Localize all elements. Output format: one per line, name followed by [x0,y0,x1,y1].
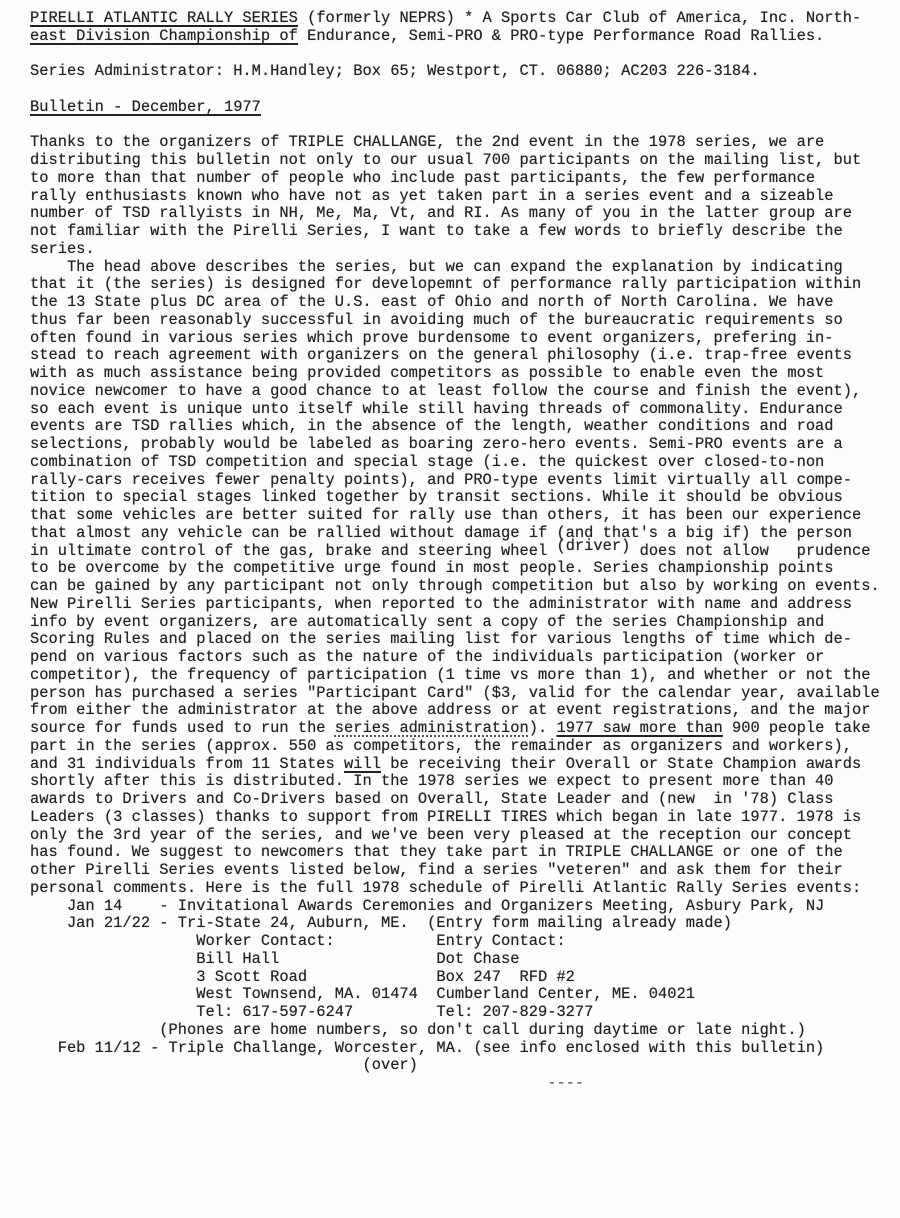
text-segment: from either the administrator at the abo… [30,701,870,719]
paragraph-line: part in the series (approx. 550 as compe… [30,738,880,756]
text-segment: New Pirelli Series participants, when re… [30,595,852,613]
text-segment: that some vehicles are better suited for… [30,506,861,524]
text-segment: personal comments. Here is the full 1978… [30,879,861,897]
text-segment: 900 people take [723,719,871,737]
text-segment: awards to Drivers and Co-Drivers based o… [30,790,834,808]
text-segment: stead to reach agreement with organizers… [30,346,852,364]
text-segment: Endurance, Semi-PRO & PRO-type Performan… [298,27,824,45]
paragraph-line: and 31 individuals from 11 States will b… [30,756,880,774]
paragraph-line: not familiar with the Pirelli Series, I … [30,223,880,241]
title-line-2: east Division Championship of Endurance,… [30,28,880,46]
text-segment: competitor), the frequency of participat… [30,666,870,684]
text-segment: info by event organizers, are automatica… [30,613,824,631]
paragraph-line: stead to reach agreement with organizers… [30,347,880,365]
paragraph-line: info by event organizers, are automatica… [30,614,880,632]
paragraph-line: person has purchased a series "Participa… [30,685,880,703]
text-segment: other Pirelli Series events listed below… [30,861,843,879]
paragraph-line: Scoring Rules and placed on the series m… [30,631,880,649]
paragraph-line: often found in various series which prov… [30,330,880,348]
text-segment: events are TSD rallies which, in the abs… [30,417,834,435]
paragraph-line: in ultimate control of the gas, brake an… [30,543,880,561]
text-segment: The head above describes the series, but… [30,258,843,276]
paragraph-line: to be overcome by the competitive urge f… [30,560,880,578]
text-segment: rally-cars receives fewer penalty points… [30,471,852,489]
text-segment: so each event is unique unto itself whil… [30,400,843,418]
underlined-text: Bulletin - December, 1977 [30,98,261,116]
paragraph-line: distributing this bulletin not only to o… [30,152,880,170]
text-segment: shortly after this is distributed. In th… [30,772,834,790]
contact-city-line: West Townsend, MA. 01474 Cumberland Cent… [30,986,880,1004]
paragraph-line: the 13 State plus DC area of the U.S. ea… [30,294,880,312]
underlined-text: will [344,755,381,773]
text-segment: that almost any vehicle can be rallied w… [30,524,852,542]
paragraph-line: competitor), the frequency of participat… [30,667,880,685]
text-segment: rally enthusiasts known who have not as … [30,187,834,205]
text-segment: tition to special stages linked together… [30,488,843,506]
paragraph-line: Leaders (3 classes) thanks to support fr… [30,809,880,827]
paragraph-line: source for funds used to run the series … [30,720,880,738]
phones-note-line: (Phones are home numbers, so don't call … [30,1022,880,1040]
contact-phone-line: Tel: 617-597-6247 Tel: 207-829-3277 [30,1004,880,1022]
text-segment: has found. We suggest to newcomers that … [30,843,843,861]
typewritten-bulletin-page: PIRELLI ATLANTIC RALLY SERIES (formerly … [0,0,900,1218]
pen-mark-line: ---- [30,1075,880,1093]
text-segment: only the 3rd year of the series, and we'… [30,826,852,844]
text-segment: Leaders (3 classes) thanks to support fr… [30,808,861,826]
document-lines: PIRELLI ATLANTIC RALLY SERIES (formerly … [30,10,880,1093]
text-segment: novice newcomer to have a good chance to… [30,382,861,400]
paragraph-line: thus far been reasonably successful in a… [30,312,880,330]
paragraph-line: tition to special stages linked together… [30,489,880,507]
text-segment: ). [529,719,557,737]
text-segment: number of TSD rallyists in NH, Me, Ma, V… [30,204,852,222]
paragraph-line: so each event is unique unto itself whil… [30,401,880,419]
underlined-text: 1977 saw more than [556,719,722,737]
paragraph-line: only the 3rd year of the series, and we'… [30,827,880,845]
text-segment: and 31 individuals from 11 States [30,755,344,773]
text-segment: (Phones are home numbers, so don't call … [30,1021,806,1039]
text-segment: Jan 21/22 - Tri-State 24, Auburn, ME. (E… [30,914,732,932]
paragraph-line: that almost any vehicle can be rallied w… [30,525,880,543]
text-segment [30,1074,547,1092]
blank-line [30,117,880,135]
text-segment: be receiving their Overall or State Cham… [381,755,861,773]
paragraph-line: awards to Drivers and Co-Drivers based o… [30,791,880,809]
text-segment: thus far been reasonably successful in a… [30,311,843,329]
text-segment: can be gained by any participant not onl… [30,577,880,595]
paragraph-line: selections, probably would be labeled as… [30,436,880,454]
blank-line [30,81,880,99]
paragraph-line: personal comments. Here is the full 1978… [30,880,880,898]
text-segment: that it (the series) is designed for dev… [30,275,861,293]
text-segment: person has purchased a series "Participa… [30,684,880,702]
underlined-text: east Division Championship of [30,27,298,45]
text-segment: to more than that number of people who i… [30,169,815,187]
paragraph-line: with as much assistance being provided c… [30,365,880,383]
text-segment: to be overcome by the competitive urge f… [30,559,834,577]
blank-line [30,46,880,64]
text-segment: Tel: 617-597-6247 Tel: 207-829-3277 [30,1003,593,1021]
text-segment: the 13 State plus DC area of the U.S. ea… [30,293,834,311]
paragraph-line: Thanks to the organizers of TRIPLE CHALL… [30,134,880,152]
pen-mark: ---- [547,1074,584,1092]
text-segment: part in the series (approx. 550 as compe… [30,737,852,755]
contact-street-line: 3 Scott Road Box 247 RFD #2 [30,969,880,987]
schedule-jan2122-line: Jan 21/22 - Tri-State 24, Auburn, ME. (E… [30,915,880,933]
paragraph-line: has found. We suggest to newcomers that … [30,844,880,862]
contact-name-line: Bill Hall Dot Chase [30,951,880,969]
paragraph-line: rally-cars receives fewer penalty points… [30,472,880,490]
text-segment: selections, probably would be labeled as… [30,435,843,453]
paragraph-line: to more than that number of people who i… [30,170,880,188]
paragraph-line: from either the administrator at the abo… [30,702,880,720]
paragraph-line: combination of TSD competition and speci… [30,454,880,472]
schedule-feb1112-line: Feb 11/12 - Triple Challange, Worcester,… [30,1040,880,1058]
schedule-jan14-line: Jan 14 - Invitational Awards Ceremonies … [30,898,880,916]
text-segment: West Townsend, MA. 01474 Cumberland Cent… [30,985,695,1003]
paragraph-line: rally enthusiasts known who have not as … [30,188,880,206]
contact-header-line: Worker Contact: Entry Contact: [30,933,880,951]
paragraph-line: that it (the series) is designed for dev… [30,276,880,294]
title-line-1: PIRELLI ATLANTIC RALLY SERIES (formerly … [30,10,880,28]
paragraph-line: The head above describes the series, but… [30,259,880,277]
paragraph-line: novice newcomer to have a good chance to… [30,383,880,401]
paragraph-line: can be gained by any participant not onl… [30,578,880,596]
text-segment: combination of TSD competition and speci… [30,453,824,471]
text-segment: with as much assistance being provided c… [30,364,824,382]
paragraph-line: that some vehicles are better suited for… [30,507,880,525]
paragraph-line: New Pirelli Series participants, when re… [30,596,880,614]
text-segment: 3 Scott Road Box 247 RFD #2 [30,968,575,986]
text-segment: (formerly NEPRS) * A Sports Car Club of … [298,9,861,27]
text-segment: not familiar with the Pirelli Series, I … [30,222,843,240]
text-segment: Series Administrator: H.M.Handley; Box 6… [30,62,760,80]
text-segment: Worker Contact: Entry Contact: [30,932,566,950]
bulletin-heading: Bulletin - December, 1977 [30,99,880,117]
underlined-text: PIRELLI ATLANTIC RALLY SERIES [30,9,298,27]
text-segment: does not allow prudence [630,542,870,560]
text-segment: often found in various series which prov… [30,329,834,347]
text-segment: (driver) [556,537,630,555]
text-segment: pend on various factors such as the natu… [30,648,824,666]
text-segment: Bill Hall Dot Chase [30,950,520,968]
administrator-line: Series Administrator: H.M.Handley; Box 6… [30,63,880,81]
underlined-text: series administration [335,719,529,737]
text-segment: source for funds used to run the [30,719,335,737]
text-segment: (over) [30,1056,418,1074]
paragraph-line: shortly after this is distributed. In th… [30,773,880,791]
text-segment: Feb 11/12 - Triple Challange, Worcester,… [30,1039,824,1057]
paragraph-line: number of TSD rallyists in NH, Me, Ma, V… [30,205,880,223]
over-note-line: (over) [30,1057,880,1075]
text-segment: Thanks to the organizers of TRIPLE CHALL… [30,133,824,151]
paragraph-line: series. [30,241,880,259]
text-segment: in ultimate control of the gas, brake an… [30,542,556,560]
paragraph-line: events are TSD rallies which, in the abs… [30,418,880,436]
text-segment: series. [30,240,95,258]
text-segment: distributing this bulletin not only to o… [30,151,861,169]
paragraph-line: pend on various factors such as the natu… [30,649,880,667]
text-segment: Scoring Rules and placed on the series m… [30,630,852,648]
text-segment: Jan 14 - Invitational Awards Ceremonies … [30,897,824,915]
paragraph-line: other Pirelli Series events listed below… [30,862,880,880]
